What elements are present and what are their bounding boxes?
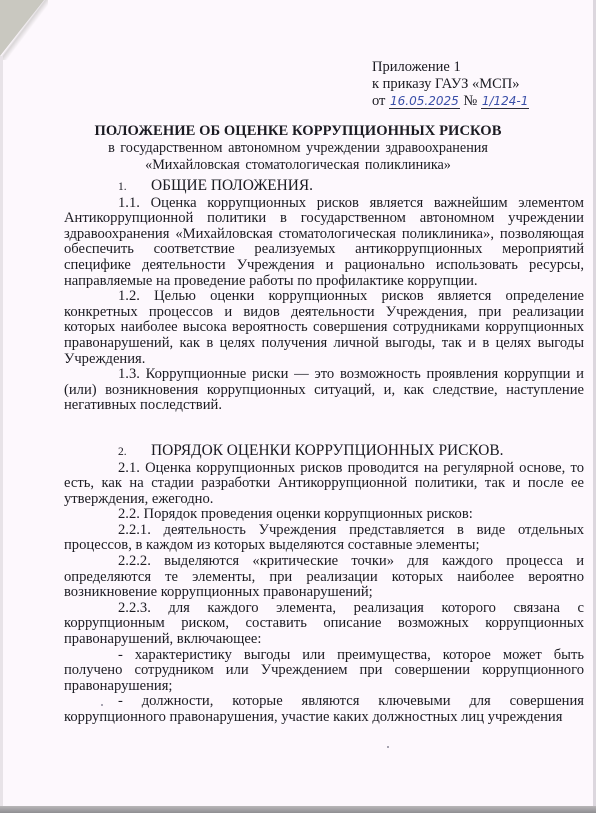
handwritten-date: 16.05.2025 bbox=[389, 95, 460, 109]
appendix-line2: к приказу ГАУЗ «МСП» bbox=[372, 76, 529, 93]
fold-shadow bbox=[0, 0, 48, 60]
number-sign: № bbox=[463, 93, 477, 109]
appendix-line1: Приложение 1 bbox=[372, 59, 529, 76]
section-heading-1: 1. ОБЩИЕ ПОЛОЖЕНИЯ. bbox=[64, 178, 584, 196]
paragraph-2-2-1: 2.2.1. деятельность Учреждения представл… bbox=[64, 523, 584, 554]
scan-speck bbox=[387, 746, 389, 748]
list-item-positions: - должности, которые являются ключевыми … bbox=[64, 694, 584, 725]
section-title: ОБЩИЕ ПОЛОЖЕНИЯ. bbox=[151, 178, 313, 196]
from-label: от bbox=[372, 93, 385, 109]
document-title: ПОЛОЖЕНИЕ ОБ ОЦЕНКЕ КОРРУПЦИОННЫХ РИСКОВ bbox=[0, 123, 596, 140]
scan-speck bbox=[101, 704, 103, 706]
list-item-benefit: - характеристику выгоды или преимущества… bbox=[64, 648, 584, 695]
document-subtitle-name: «Михайловская стоматологическая поликлин… bbox=[0, 157, 596, 173]
section-title: ПОРЯДОК ОЦЕНКИ КОРРУПЦИОННЫХ РИСКОВ. bbox=[151, 443, 504, 461]
bottom-scan-edge bbox=[0, 806, 596, 813]
section-heading-2: 2. ПОРЯДОК ОЦЕНКИ КОРРУПЦИОННЫХ РИСКОВ. bbox=[64, 443, 584, 461]
paragraph-1-1: 1.1. Оценка коррупционных рисков являетс… bbox=[64, 196, 584, 290]
paragraph-1-2: 1.2. Целью оценки коррупционных рисков я… bbox=[64, 289, 584, 367]
section-number: 1. bbox=[118, 178, 151, 196]
appendix-header: Приложение 1 к приказу ГАУЗ «МСП» от 16.… bbox=[372, 59, 529, 110]
document-page: Приложение 1 к приказу ГАУЗ «МСП» от 16.… bbox=[0, 0, 593, 806]
section-spacer bbox=[64, 414, 584, 443]
paragraph-2-2-3: 2.2.3. для каждого элемента, реализация … bbox=[64, 601, 584, 648]
paragraph-1-3: 1.3. Коррупционные риски — это возможнос… bbox=[64, 367, 584, 414]
section-number: 2. bbox=[118, 443, 151, 461]
appendix-order-line: от 16.05.2025 № 1/124-1 bbox=[372, 93, 529, 110]
paragraph-2-2: 2.2. Порядок проведения оценки коррупцио… bbox=[64, 507, 584, 523]
handwritten-order-number: 1/124-1 bbox=[481, 95, 530, 109]
document-subtitle-institution: в государственном автономном учреждении … bbox=[0, 140, 596, 156]
paragraph-2-1: 2.1. Оценка коррупционных рисков проводи… bbox=[64, 461, 584, 508]
paragraph-2-2-2: 2.2.2. выделяются «критические точки» дл… bbox=[64, 554, 584, 601]
document-body: 1. ОБЩИЕ ПОЛОЖЕНИЯ. 1.1. Оценка коррупци… bbox=[64, 178, 584, 726]
